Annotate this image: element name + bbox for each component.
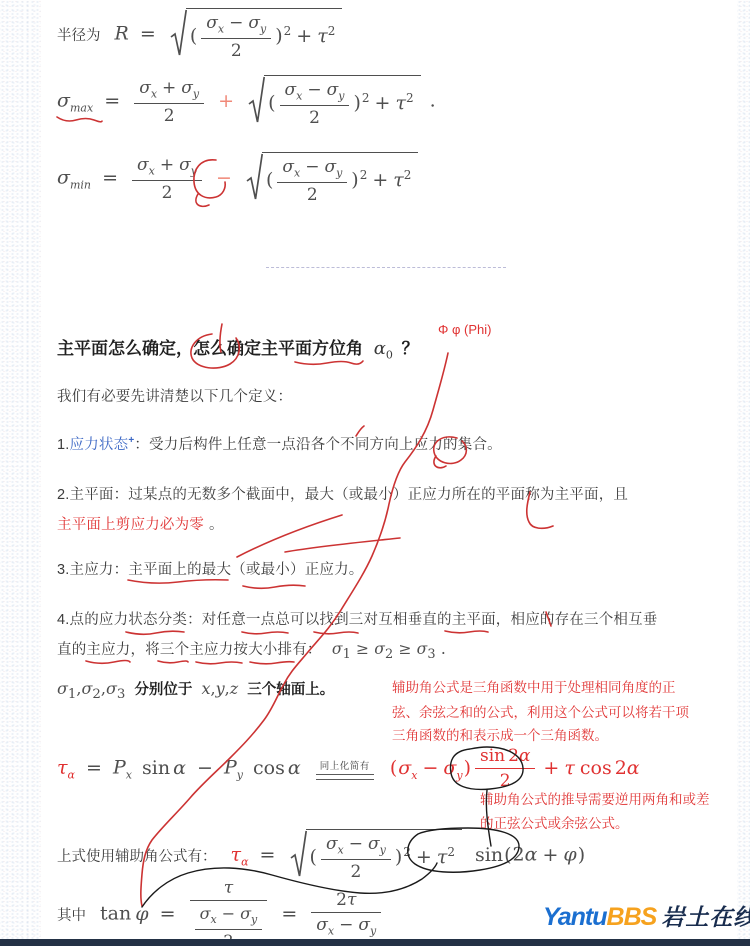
fraction-denominator: 2 (132, 180, 202, 203)
sqrt-expression: (σx−σy2)2+τ2 (248, 75, 420, 128)
page-left-texture (0, 0, 41, 939)
math-token: P (224, 757, 237, 779)
math-token: α (68, 768, 75, 781)
pen-underline-def4-d (445, 631, 488, 633)
math-token: σ (57, 90, 70, 112)
math-token: tan (100, 903, 131, 925)
sqrt-expression: (σx−σy2)2+τ2 (170, 8, 342, 61)
math-token: 2 (92, 687, 100, 702)
math-token: ( (267, 92, 276, 114)
formula-tan-phi: 其中 tanφ = τσx−σy2 = 2τσx−σy (57, 878, 384, 946)
sigma-list: σ1,σ2,σ3 (57, 679, 125, 698)
formula-aux-applied: 上式使用辅助角公式有： τα = (σx−σy2)2+τ2 sin(2α+φ) (57, 829, 586, 882)
math-token: σ (282, 157, 294, 177)
fraction-numerator: σx−σy (321, 834, 391, 859)
math-token: z (230, 679, 238, 698)
math-token: = (155, 903, 181, 925)
math-token: = (255, 844, 281, 866)
formula-sigma-max: σmax = σx+σy2 + (σx−σy2)2+τ2 . (57, 75, 436, 128)
math-token: 2 (336, 890, 347, 910)
math-token: ) (577, 844, 586, 866)
math-token: y (456, 768, 462, 781)
math-token: φ (135, 903, 148, 925)
math-token: 2 (406, 91, 414, 105)
math-token: α (525, 844, 538, 866)
def4-text: 直的主应力，将三个主应力按大小排有： (57, 642, 322, 658)
math-token: σ (57, 679, 68, 698)
math-token: σ (179, 155, 191, 175)
math-token: = (97, 167, 123, 189)
math-token: σ (417, 640, 428, 658)
math-token: τ (437, 846, 448, 868)
math-token: σ (139, 78, 151, 98)
math-token: σ (240, 904, 251, 923)
plus-operator-highlighted: + (213, 90, 239, 112)
math-token: + (155, 155, 179, 175)
math-token: φ (563, 844, 576, 866)
math-token: . (441, 640, 446, 658)
math-token: σ (285, 80, 297, 100)
pen-underline-def3-a (128, 580, 228, 583)
math-token: α (374, 338, 386, 359)
math-token: . (430, 90, 436, 112)
fraction-numerator: σx+σy (132, 155, 202, 180)
math-token: τ (317, 25, 328, 47)
math-token: x (338, 843, 344, 856)
axes-text-mid: 分别位于 (134, 682, 192, 698)
math-token: + (537, 844, 563, 866)
formula-radius-prefix: 半径为 (57, 28, 101, 44)
math-token: ( (503, 844, 512, 866)
fraction: σx+σy2 (134, 78, 204, 126)
sqrt-body: (σx−σy2)2+τ2 (306, 829, 462, 882)
paragraph-def2-line2: 主平面上剪应力必为零。 (57, 513, 224, 534)
math-token: 2 (362, 91, 370, 105)
fraction-numerator: 2τ (331, 890, 361, 912)
math-token: τ (231, 844, 242, 866)
math-token: + (291, 25, 317, 47)
axes-statement: σ1,σ2,σ3 分别位于 x,y,z 三个轴面上。 (57, 678, 334, 702)
math-token: y (336, 166, 342, 179)
fraction-numerator: τ (219, 878, 238, 900)
math-token: σ (368, 834, 380, 854)
fraction-denominator: 2 (277, 182, 347, 205)
fraction-denominator: 2 (201, 38, 271, 61)
math-token: σ (200, 904, 211, 923)
math-token: y (251, 913, 257, 926)
math-token: 3 (427, 647, 435, 662)
math-token: α (241, 856, 248, 869)
fraction: σx−σy2 (280, 80, 350, 128)
document-page: 半径为 R = (σx−σy2)2+τ2 σmax = σx+σy2 + (σx… (0, 0, 750, 946)
radical-icon (170, 8, 187, 58)
math-token: ) (463, 757, 472, 779)
math-token: sin (475, 844, 503, 866)
math-token: 2 (328, 24, 336, 38)
math-token: + (370, 92, 396, 114)
formula-radius: 半径为 R = (σx−σy2)2+τ2 (57, 8, 345, 61)
fraction-numerator: σx−σy (280, 80, 350, 105)
minus-operator-highlighted: − (211, 167, 237, 189)
math-token: σ (137, 155, 149, 175)
math-token: α (519, 746, 530, 766)
sqrt-expression: (σx−σy2)2+τ2 (246, 152, 418, 205)
fraction: σx−σy2 (321, 834, 391, 882)
math-token: 1 (343, 647, 351, 662)
math-token: σ (206, 13, 218, 33)
math-token: − (344, 834, 368, 854)
def2-period: 。 (209, 517, 224, 533)
math-token: σ (332, 640, 343, 658)
fraction-denominator: σx−σy (311, 912, 381, 938)
math-token: 2 (615, 757, 627, 779)
fraction: 2τσx−σy (311, 890, 381, 938)
math-token: ) (274, 25, 283, 47)
phi-annotation-text: Φ φ (Phi) (438, 322, 491, 337)
math-token: σ (443, 757, 456, 779)
math-token: − (192, 757, 218, 779)
math-token: y (191, 164, 197, 177)
math-token: x (126, 768, 132, 781)
sqrt-body: (σx−σy2)2+τ2 (264, 75, 420, 128)
math-token: 2 (403, 845, 411, 859)
math-token: τ (347, 890, 356, 910)
pen-underline-def4-a (126, 631, 184, 634)
sqrt-expression: (σx−σy2)2+τ2 (290, 829, 462, 882)
math-token: 2 (404, 168, 412, 182)
math-token: α (627, 757, 640, 779)
def1-text: ：受力后构件上任意一点沿各个不同方向上应力的集合。 (134, 437, 502, 453)
brand-logo: YantuBBS岩土在线 (543, 899, 750, 932)
pen-swoosh-1 (237, 515, 342, 557)
double-bar-icon (316, 774, 374, 780)
radical-icon (246, 152, 263, 202)
fraction: σx−σy2 (201, 13, 271, 61)
paragraph-def4-line1: 4.点的应力状态分类：对任意一点总可以找到三对互相垂直的主平面，相应的存在三个相… (57, 608, 658, 629)
aux-note1-line2: 弦、余弦之和的公式，利用这个公式可以将若干项 (392, 701, 689, 721)
math-token: = (81, 757, 107, 779)
math-token: τ (395, 92, 406, 114)
math-token: sin (142, 757, 170, 779)
fraction-denominator: 2 (280, 105, 350, 128)
math-token: τ (57, 757, 68, 779)
math-token: σ (398, 757, 411, 779)
math-token: y (216, 679, 225, 698)
axes-text-tail: 三个轴面上。 (247, 682, 334, 698)
math-token: 2 (447, 845, 455, 859)
math-token: + (367, 169, 393, 191)
math-token: σ (181, 78, 193, 98)
math-token: σ (106, 679, 117, 698)
math-token: σ (358, 915, 370, 935)
fraction: σx+σy2 (132, 155, 202, 203)
math-token: x (149, 164, 155, 177)
equals-annotation-label: 同上化简有 (320, 758, 370, 772)
def1-term-link[interactable]: 应力状态 (70, 437, 129, 453)
math-token: + (538, 757, 564, 779)
fraction-numerator: σx+σy (134, 78, 204, 103)
math-token: τ (393, 169, 404, 191)
math-token: min (70, 179, 91, 192)
math-token: − (417, 757, 443, 779)
fraction: sin2α2 (475, 746, 535, 791)
math-token: + (157, 78, 181, 98)
fraction-numerator: σx−σy (195, 905, 263, 929)
math-token: σ (248, 13, 260, 33)
math-token: α (173, 757, 186, 779)
math-token: ) (352, 92, 361, 114)
bottom-bar (0, 939, 750, 946)
def1-number: 1. (57, 437, 70, 453)
radical-icon (290, 829, 307, 879)
math-token: 0 (386, 348, 393, 361)
section-divider (266, 267, 506, 268)
annotated-equals: 同上化简有 (316, 758, 374, 780)
math-token: y (380, 843, 386, 856)
math-token: = (135, 23, 161, 45)
math-token: sin (480, 746, 505, 766)
math-token: ≥ (351, 640, 374, 658)
formula-tau-alpha: τα = Px sinα − Py cosα 同上化简有 (σx−σy)sin2… (57, 746, 640, 791)
math-token: ( (309, 846, 318, 868)
math-token: y (193, 87, 199, 100)
pen-swoosh-2 (285, 538, 400, 552)
math-token: y (237, 768, 243, 781)
heading-text: 主平面怎么确定，怎么确定主平面方位角 (57, 339, 363, 358)
pen-underline-def3-b (243, 585, 305, 588)
math-token: ( (189, 25, 198, 47)
math-token: 3 (117, 687, 125, 702)
math-token: ) (350, 169, 359, 191)
aux-note1-line1: 辅助角公式是三角函数中用于处理相同角度的正 (392, 676, 676, 696)
math-token: y (370, 925, 376, 938)
math-token: y (338, 89, 344, 102)
aux-note1-line3: 三角函数的和表示成一个三角函数。 (392, 724, 608, 744)
math-token: ( (389, 757, 398, 779)
math-token: σ (316, 915, 328, 935)
logo-bbs-text: BBS (607, 903, 657, 931)
math-token: − (302, 80, 326, 100)
paragraph-def3: 3.主应力：主平面上的最大（或最小）正应力。 (57, 558, 364, 579)
section-heading: 主平面怎么确定，怎么确定主平面方位角 α0 ？ (57, 334, 419, 361)
math-token: ( (265, 169, 274, 191)
logo-yantu-text: Yantu (543, 903, 607, 931)
page-right-texture (737, 0, 750, 939)
fraction-numerator: σx−σy (201, 13, 271, 38)
paragraph-def1: 1.应力状态+：受力后构件上任意一点沿各个不同方向上应力的集合。 (57, 433, 502, 454)
math-token: − (217, 904, 240, 923)
math-token: τ (224, 878, 233, 898)
math-token: τ (564, 757, 575, 779)
math-token: cos (253, 757, 285, 779)
math-token: − (300, 157, 324, 177)
formula-sigma-min: σmin = σx+σy2 − (σx−σy2)2+τ2 (57, 152, 421, 205)
math-token: ) (394, 846, 403, 868)
math-token: − (334, 915, 358, 935)
math-token: x (201, 679, 210, 698)
fraction: τσx−σy2 (190, 878, 268, 946)
logo-chinese-text: 岩土在线 (661, 904, 750, 930)
pen-underline-def4-b (242, 632, 288, 634)
math-token: cos (580, 757, 612, 779)
math-token: ≥ (393, 640, 416, 658)
fraction-denominator: 2 (134, 103, 204, 126)
tau-alpha-rhs: (σx−σy)sin2α2+τcos2α (389, 757, 640, 779)
math-token: − (224, 13, 248, 33)
math-token: R (115, 23, 129, 45)
def2-red-text: 主平面上剪应力必为零 (57, 517, 204, 533)
pen-underline-def4-c (314, 632, 358, 634)
math-token: = (276, 903, 302, 925)
math-token: σ (324, 157, 336, 177)
xyz-list: x,y,z (201, 679, 238, 698)
fraction: σx−σy2 (277, 157, 347, 205)
math-token: 2 (513, 844, 525, 866)
math-token: σ (326, 834, 338, 854)
tan-prefix: 其中 (57, 908, 86, 924)
radical-icon (248, 75, 265, 125)
math-token: σ (57, 167, 70, 189)
math-token: α (288, 757, 301, 779)
sqrt-body: (σx−σy2)2+τ2 (186, 8, 342, 61)
math-token: + (411, 846, 437, 868)
math-token: σ (374, 640, 385, 658)
math-token: x (211, 913, 217, 926)
sqrt-body: (σx−σy2)2+τ2 (262, 152, 418, 205)
math-token: max (70, 102, 93, 115)
fraction-numerator: σx−σy (277, 157, 347, 182)
pen-underline-heading (295, 361, 363, 364)
math-token: σ (82, 679, 93, 698)
pen-underline-def4-g (196, 662, 242, 664)
math-token: = (99, 90, 125, 112)
apply-prefix: 上式使用辅助角公式有： (57, 849, 217, 865)
heading-question-mark: ？ (402, 339, 419, 358)
paragraph-def2-line1: 2.主平面：过某点的无数多个截面中，最大（或最小）正应力所在的平面称为主平面，且 (57, 483, 628, 504)
math-token: 2 (508, 746, 519, 766)
aux-note2-line1: 辅助角公式的推导需要逆用两角和或差 (480, 788, 710, 808)
paragraph-intro: 我们有必要先讲清楚以下几个定义： (57, 385, 292, 406)
fraction-numerator: sin2α (475, 746, 535, 768)
paragraph-def4-line2: 直的主应力，将三个主应力按大小排有： σ1≥σ2≥σ3. (57, 638, 446, 662)
principal-stress-order: σ1≥σ2≥σ3. (332, 640, 446, 658)
math-token: σ (327, 80, 339, 100)
math-token: P (113, 757, 126, 779)
math-token: y (260, 22, 266, 35)
